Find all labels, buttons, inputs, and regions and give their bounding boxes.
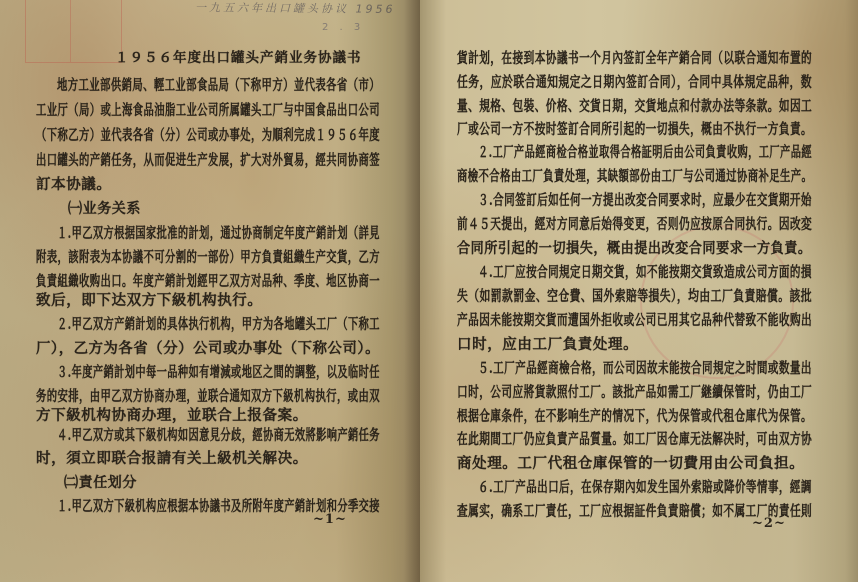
text-line: ２.甲乙双方产銷計划的具体执行机构，甲方为各地罐头工厂（下称工 xyxy=(57,313,380,334)
text-line: ２.工厂产品經商检合格並取得合格証明后由公司負責收购，工厂产品經 xyxy=(478,141,812,162)
text-line: 地方工业部供銷局、輕工业部食品局（下称甲方）並代表各省（市） xyxy=(57,74,380,95)
text-line: 任务，应於联合通知規定之日期內签訂合同），合同中具体規定品种，数 xyxy=(457,71,812,92)
section-heading: ㈡責任划分 xyxy=(64,472,137,492)
text-line: 工业厅（局）或上海食品油脂工业公司所属罐头工厂与中国食品出口公司 xyxy=(36,99,380,120)
text-line: ３.合同签訂后如任何一方提出改変合同要求时，应最少在交貨期开始 xyxy=(478,189,812,210)
text-line: 厂或公司一方不按时签訂合同所引起的一切損失，概由不执行一方負責。 xyxy=(457,118,812,139)
text-line: （下称乙方）並代表各省（分）公司或办事处，为順利完成１９５６年度 xyxy=(36,124,380,145)
red-seal-stamp xyxy=(25,0,122,63)
text-line: 务的安排，由甲乙双方协商办理，並联合通知双方下級机构执行，或由双 xyxy=(36,385,380,406)
text-line: 口时，公司应將貨款照付工厂。該批产品如需工厂継續保管时，仍由工厂 xyxy=(457,381,812,402)
text-line: 在此期間工厂仍应負責产品質量。如工厂因仓庫无法解决时，可由双方协 xyxy=(457,428,812,449)
text-line: 量、規格、包裝、价格、交貨日期，交貨地点和付款办法等条款。如因工 xyxy=(457,95,812,116)
left-page: 一九五六年出口罐头协议 1956 2 . 3 １９５６年度出口罐头产銷业务协議书… xyxy=(0,0,420,582)
text-line: 时，須立即联合报請有关上級机关解决。 xyxy=(36,447,308,468)
text-line: 产品因未能按期交貨而遭国外拒收或公司已用其它品种代替致不能收购出 xyxy=(457,309,812,330)
text-line: 商处理。工厂代租仓庫保管的一切費用由公司負担。 xyxy=(457,452,804,473)
text-line: 出口罐头的产銷任务，从而促进生产发展，扩大对外貿易，經共同协商签 xyxy=(36,149,380,170)
text-line: 根据仓庫条件，在不影响生产的情况下，代为保管或代租仓庫代为保管。 xyxy=(457,405,812,426)
handwritten-note: 一九五六年出口罐头协议 1956 xyxy=(195,0,396,17)
section-heading: ㈠业务关系 xyxy=(68,198,141,218)
handwritten-note-2: 2 . 3 xyxy=(322,22,364,33)
text-line: 口时，应由工厂負責处理。 xyxy=(457,333,638,354)
document-spread: 一九五六年出口罐头协议 1956 2 . 3 １９５６年度出口罐头产銷业务协議书… xyxy=(0,0,858,582)
text-line: 致后，即下达双方下級机构执行。 xyxy=(36,289,263,310)
text-line: ３.年度产銷計划中每一品种如有增減或地区之間的調整，以及临时任 xyxy=(57,361,380,382)
text-line: 貨計划，在接到本协議书一个月內签訂全年产銷合同（以联合通知布置的 xyxy=(457,47,812,68)
page-number: ~2~ xyxy=(752,516,786,531)
text-line: ４.甲乙双方或其下級机构如因意見分歧，經协商无效將影响产銷任务 xyxy=(57,424,380,445)
text-line: 失（如罰款罰金、空仓費、国外索賠等損失），均由工厂負責賠償。該批 xyxy=(457,285,812,306)
page-number: ~1~ xyxy=(313,512,347,527)
text-line: ４.工厂应按合同規定日期交貨，如不能按期交貨致造成公司方面的損 xyxy=(478,261,812,282)
text-line: 方下級机构协商办理，並联合上报备案。 xyxy=(36,404,308,425)
text-line: ５.工厂产品經商檢合格，而公司因故未能按合同規定之时間或数量出 xyxy=(478,357,812,378)
text-line: ６.工厂产品出口后，在保存期內如发生国外索賠或降价等情事，經調 xyxy=(478,476,812,497)
text-line: 前４５天提出，經对方同意后始得变更，否则仍应按原合同执行。因改変 xyxy=(457,213,812,234)
text-line: 訂本协議。 xyxy=(36,173,112,194)
text-line: 商檢不合格由工厂負責处理，其缺額部份由工厂与公司通过协商补足生产。 xyxy=(457,165,812,186)
text-line: 厂），乙方为各省（分）公司或办事处（下称公司）。 xyxy=(36,337,380,358)
text-line: 合同所引起的一切損失，概由提出改変合同要求一方負責。 xyxy=(457,237,812,258)
text-line: １.甲乙双方根据国家批准的計划，通过协商制定年度产銷計划（詳見 xyxy=(57,222,380,243)
text-line: 附表，該附表为本协議不可分割的一部份）甲方負責組織生产交貨，乙方 xyxy=(36,246,380,267)
document-title: １９５６年度出口罐头产銷业务协議书 xyxy=(115,46,362,66)
text-line: 負責組織收购出口。年度产銷計划經甲乙双方对品种、季度、地区协商一 xyxy=(36,270,380,291)
right-page: 貨計划，在接到本协議书一个月內签訂全年产銷合同（以联合通知布置的 任务，应於联合… xyxy=(420,0,858,582)
